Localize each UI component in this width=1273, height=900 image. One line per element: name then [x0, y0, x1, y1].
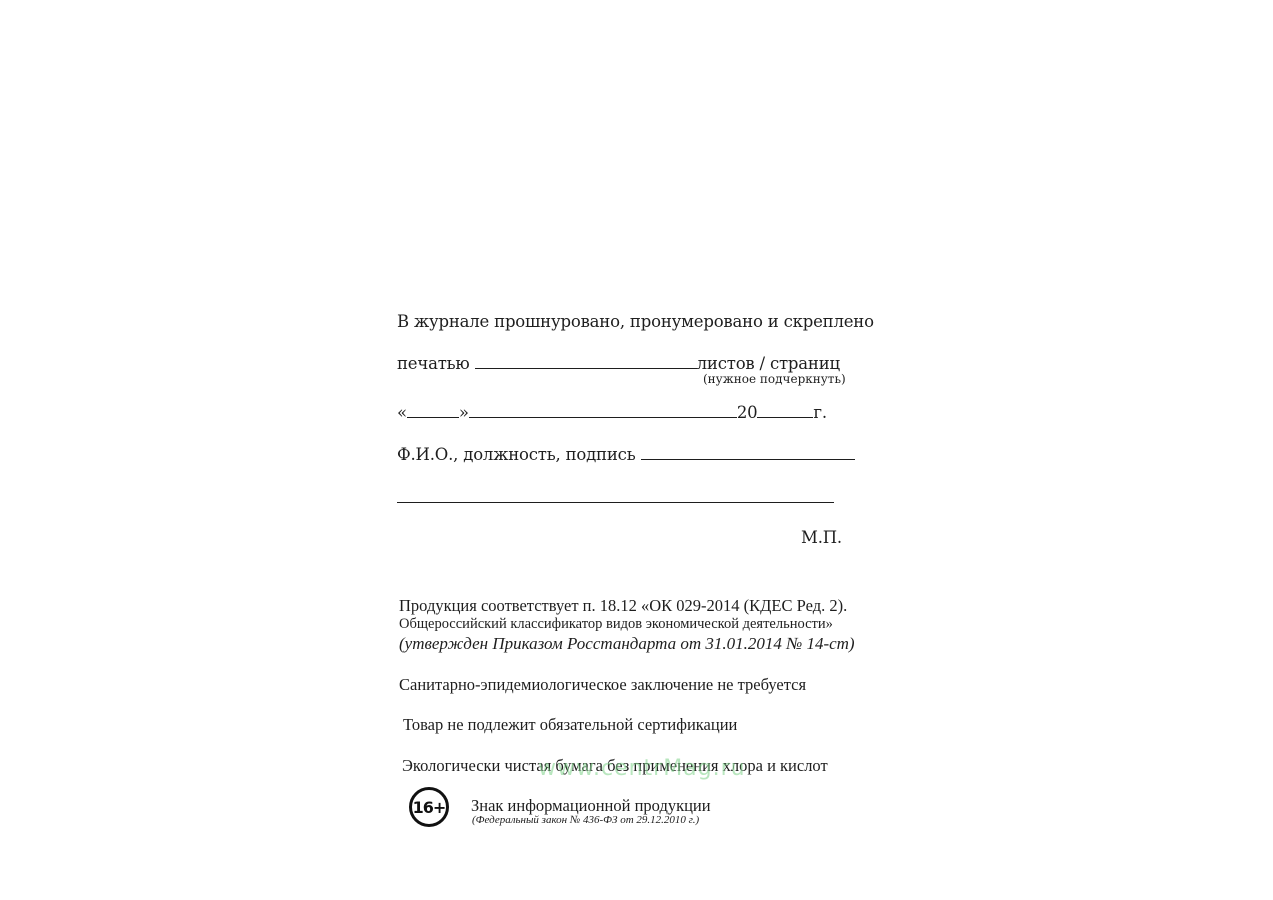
- age-rating-16-icon: 16+: [409, 787, 449, 827]
- compliance-line-2: Общероссийский классификатор видов эконо…: [399, 616, 833, 633]
- year-blank: [757, 403, 813, 418]
- extra-signature-line: [397, 502, 834, 503]
- month-blank: [469, 403, 737, 418]
- compliance-line-1: Продукция соответствует п. 18.12 «ОК 029…: [399, 596, 847, 616]
- year-prefix: 20: [737, 403, 758, 422]
- stamp-label: М.П.: [801, 528, 842, 547]
- date-line: «»20г.: [397, 403, 827, 422]
- info-product-law: (Федеральный закон № 436-ФЗ от 29.12.201…: [472, 814, 699, 826]
- watermark: www.centrMag.ru: [538, 756, 746, 781]
- statement-certification: Товар не подлежит обязательной сертифика…: [403, 715, 737, 735]
- underline-note: (нужное подчеркнуть): [703, 372, 846, 386]
- form-line-sheets: печатью листов / страниц: [397, 354, 840, 373]
- signature-line: Ф.И.О., должность, подпись: [397, 445, 855, 464]
- signature-blank: [641, 445, 855, 460]
- date-open-quote: «: [397, 403, 407, 422]
- signature-label: Ф.И.О., должность, подпись: [397, 445, 635, 464]
- sheets-label-prefix: печатью: [397, 354, 470, 373]
- day-blank: [407, 403, 459, 418]
- date-close-quote: »: [459, 403, 469, 422]
- year-suffix: г.: [813, 403, 827, 422]
- info-product-title: Знак информационной продукции: [471, 796, 711, 816]
- sheets-label-suffix: листов / страниц: [697, 354, 840, 373]
- statement-sanitary: Санитарно-эпидемиологическое заключение …: [399, 675, 806, 695]
- form-line-1: В журнале прошнуровано, пронумеровано и …: [397, 312, 874, 331]
- compliance-line-3: (утвержден Приказом Росстандарта от 31.0…: [399, 634, 855, 654]
- sheets-count-blank: [475, 354, 697, 369]
